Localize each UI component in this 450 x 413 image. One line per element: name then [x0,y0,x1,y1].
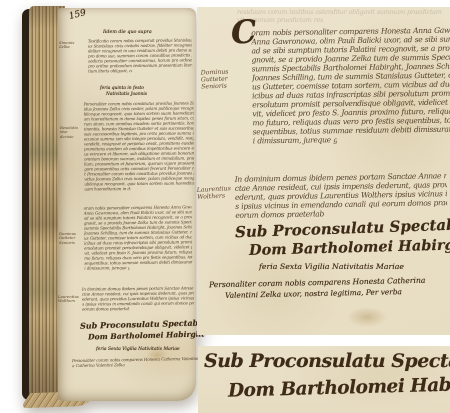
detail-date-line: feria Sexta Vigilia Nativitatis Mariae [259,262,404,271]
detail-closing-line2: Valentini Zelka uxor, nostra legitima, P… [225,287,402,300]
detail-strip-heading: Sub Proconsulatu Spectabilis Dom Barthol… [198,346,450,413]
detail-margin-note-laurentius: Laurentius Wolthers [197,185,232,201]
page-number: 159 [68,8,87,22]
paragraph-a: Testificatio coram nobis comparuit provi… [88,37,192,73]
page-closing: Personaliter coram nobis comparens Hones… [72,356,198,368]
page-stain [146,348,168,362]
strip-heading-line2: Dom Bartholomei Habirght [228,373,450,401]
page-heading-line1: Sub Proconsulatu Spectabilis [80,317,212,330]
page-subheading-line1: feria quinta in festo [100,86,144,91]
margin-note-c: Dominus Gutteter Senioris [59,232,76,245]
manuscript-page: 159 Iidem die quo supra Simonis Zelka Te… [58,8,196,401]
margin-note-b: Resolutio sive decisio [60,126,78,139]
margin-note-a: Simonis Zelka [59,41,74,50]
detail-panel-main: residuum coram testibus ostenditur oblig… [197,7,450,335]
detail-margin-note-dominus: Dominus Gutteter Senioris [201,69,229,91]
page-heading-line2: Dom Bartholomei Habirght [88,329,205,341]
detail-paragraph-2: In dominium domus ibidem penes portam Sa… [235,171,448,220]
page-title: Iidem die quo supra [103,30,152,35]
panel-stain [347,307,387,327]
book-photo: 159 Iidem die quo supra Simonis Zelka Te… [22,6,196,403]
strip-heading-line1: Sub Proconsulatu Spectabilis [204,350,450,372]
show-through-text: residuum coram testibus ostenditur oblig… [237,8,442,24]
page-date-line: feria Sexta Vigilia Nativitatis Mariae [96,347,180,352]
page-subheading-line2: Nativitatis Joannis [106,92,147,97]
paragraph-b: Personaliter coram nobis constitutus pro… [84,101,195,192]
margin-note-d: Laurentius Wolthers [58,295,79,304]
paragraph-d: In dominium domus ibidem penes portam Sa… [82,285,194,311]
detail-paragraph-1: oram nobis personaliter comparens Honest… [251,26,450,146]
paragraph-c: oram nobis personaliter comparens Honest… [84,204,193,270]
manuscript-collage: 159 Iidem die quo supra Simonis Zelka Te… [0,0,450,413]
